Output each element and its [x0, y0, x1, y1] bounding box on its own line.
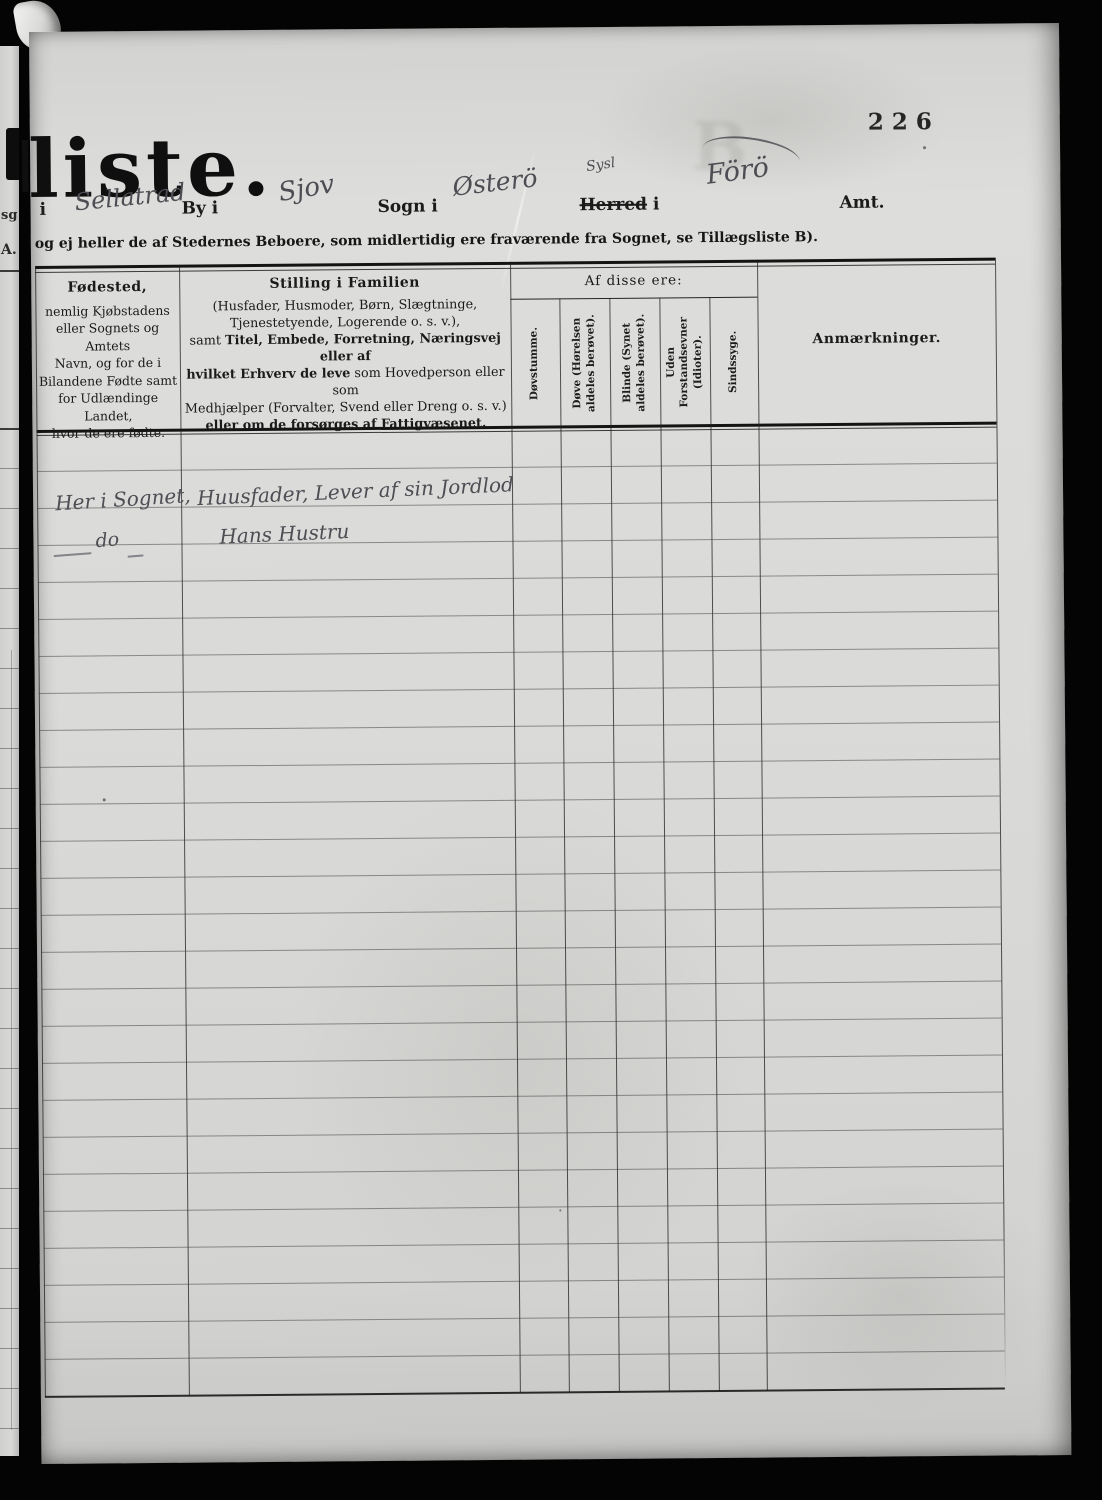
handwritten-parish: Sjov [276, 169, 336, 208]
column-header-line: for Udlændinge Landet, [36, 389, 180, 425]
group-header-af-disse-ere: Af disse ere: [510, 272, 757, 290]
handwritten-syssel-correction: Sysl [585, 155, 616, 175]
column-title: Fødested, [35, 279, 179, 298]
ink-speck [923, 146, 926, 149]
edge-table-line [0, 1268, 19, 1269]
edge-table-line [0, 788, 19, 789]
page-number: 226 [868, 108, 940, 136]
column-header-line: nemlig Kjøbstadens [35, 301, 179, 320]
edge-table-line [0, 1348, 19, 1349]
previous-page-edge: sg A. [0, 46, 19, 1456]
struck-word-herred: Herred [579, 195, 647, 216]
census-page: liste. B 226 i Sellatrad By i Sjov Sogn … [29, 23, 1071, 1464]
edge-table-line [0, 948, 19, 949]
ink-speck [103, 798, 106, 801]
edge-table-line [0, 508, 19, 509]
edge-table-line [0, 1388, 19, 1389]
table-vertical-line [659, 298, 670, 1392]
intro-note: og ej heller de af Stedernes Beboere, so… [35, 229, 818, 252]
label-sogn-i: Sogn i [377, 196, 437, 217]
column-header-fodested: Fødested, nemlig Kjøbstadenseller Sognet… [35, 279, 180, 443]
edge-table-line [0, 828, 19, 829]
column-title: Stilling i Familien [181, 274, 508, 294]
column-header-line: Bilandene Fødte samt [36, 371, 180, 390]
entry-position-row2: Hans Hustru [219, 519, 350, 549]
column-header-line: hvor de ere fødte. [36, 424, 180, 443]
label-by-i: By i [181, 198, 218, 218]
edge-table-line [0, 748, 19, 749]
label-i: i [653, 195, 660, 215]
edge-table-line [0, 1148, 19, 1149]
label-amt: Amt. [839, 193, 884, 213]
column-header-sindssyge: Sindssyge. [709, 301, 758, 423]
column-header-line: eller om de forsørges af Fattigvæsenet. [182, 415, 509, 435]
table-vertical-line [559, 298, 570, 1392]
ditto-dash [128, 554, 144, 557]
edge-table-line [0, 428, 19, 430]
column-header-line: eller Sognets og Amtets [36, 319, 180, 355]
edge-table-line [0, 1108, 19, 1109]
column-header-anmaerkninger: Anmærkninger. [758, 330, 996, 348]
column-header-line: hvilket Erhverv de leve som Hovedperson … [182, 364, 509, 401]
entry-birthplace-row2-ditto: do [95, 528, 120, 552]
handwritten-amt: Förö [704, 152, 770, 191]
edge-table-line [0, 548, 19, 549]
column-header-line: samt Titel, Embede, Forretning, Næringsv… [182, 330, 509, 367]
column-header-dove: Døve (Hørelsen aldeles berøvet). [560, 302, 609, 424]
column-header-stilling: Stilling i Familien (Husfader, Husmoder,… [181, 274, 509, 435]
edge-table-line [0, 628, 19, 629]
label-i: i [39, 200, 46, 220]
cut-off-letter-fragment [6, 128, 19, 180]
column-header-uden-forstandsevner: Uden Forstandsevner (Idioter). [660, 301, 709, 423]
edge-table-line [0, 1028, 19, 1029]
edge-table-line [0, 1228, 19, 1229]
edge-table-line [0, 468, 19, 469]
paper-stain [739, 1173, 1061, 1416]
group-header-underline [510, 297, 757, 300]
ditto-dash [54, 552, 92, 557]
edge-table-line [11, 650, 12, 1430]
edge-table-line [0, 1428, 19, 1429]
edge-table-line [0, 988, 19, 989]
edge-table-line [0, 588, 19, 589]
table-vertical-line [709, 297, 720, 1391]
edge-table-line [0, 908, 19, 909]
entry-birthplace-row1: Her i Sognet, [54, 483, 191, 515]
label-herred-i: Herred i [579, 195, 659, 216]
ink-speck [559, 1209, 561, 1211]
table-vertical-line [609, 298, 620, 1392]
edge-text-fragment: A. [1, 242, 17, 258]
table-vertical-line [995, 258, 1006, 1389]
edge-text-fragment: sg [1, 208, 17, 223]
edge-table-line [0, 868, 19, 869]
column-header-blinde: Blinde (Synet aldeles berøvet). [610, 302, 659, 424]
edge-table-line [0, 1188, 19, 1189]
edge-table-line [0, 708, 19, 709]
edge-table-line [0, 1308, 19, 1309]
handwritten-district: Østerö [451, 163, 539, 201]
edge-table-line [0, 270, 19, 272]
scanned-census-sheet: { "page": { "number": "226", "title_frag… [0, 0, 1102, 1500]
column-header-line: Navn, og for de i [36, 354, 180, 373]
edge-table-line [0, 668, 19, 669]
edge-table-line [0, 1068, 19, 1069]
column-header-dovstumme: Døvstumme. [510, 302, 559, 424]
